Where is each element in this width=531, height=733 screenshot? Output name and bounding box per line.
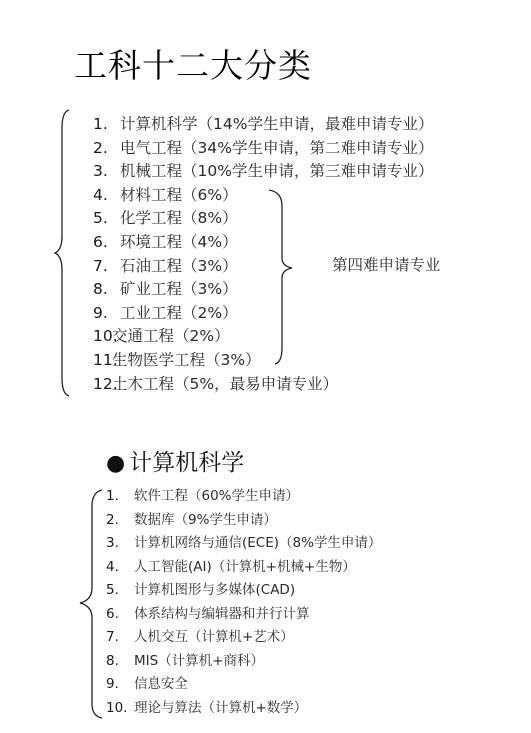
list-item: 9.工业工程（2%） (93, 302, 433, 326)
list-item: 4.材料工程（6%） (93, 184, 433, 208)
cs-subfield-list: 1.软件工程（60%学生申请） 2.数据库（9%学生申请） 3.计算机网络与通信… (106, 485, 381, 720)
list-item: 3.计算机网络与通信(ECE)（8%学生申请） (106, 532, 381, 556)
right-brace-icon (266, 188, 298, 368)
list-item: 2.数据库（9%学生申请） (106, 509, 381, 533)
list-item: 6.体系结构与编辑器和并行计算 (106, 603, 381, 627)
page-title: 工科十二大分类 (74, 44, 312, 88)
list-item: 7.人机交互（计算机+艺术） (106, 626, 381, 650)
list-item: 12.土木工程（5%，最易申请专业） (93, 373, 433, 397)
group-note: 第四难申请专业 (332, 253, 441, 275)
left-brace-icon (52, 108, 74, 398)
list-item: 1.软件工程（60%学生申请） (106, 485, 381, 509)
list-item: 10.交通工程（2%） (93, 325, 433, 349)
list-item: 11.生物医学工程（3%） (93, 349, 433, 373)
list-item: 10.理论与算法（计算机+数学） (106, 697, 381, 721)
list-item: 9.信息安全 (106, 673, 381, 697)
list-item: 3.机械工程（10%学生申请，第三难申请专业） (93, 160, 433, 184)
list-item: 1.计算机科学（14%学生申请，最难申请专业） (93, 113, 433, 137)
section-heading: ●计算机科学 (106, 446, 244, 481)
list-item: 8.MIS（计算机+商科） (106, 650, 381, 674)
list-item: 8.矿业工程（3%） (93, 278, 433, 302)
bullet-icon: ● (106, 451, 125, 476)
list-item: 5.化学工程（8%） (93, 207, 433, 231)
list-item: 5.计算机图形与多媒体(CAD) (106, 579, 381, 603)
list-item: 2.电气工程（34%学生申请，第二难申请专业） (93, 137, 433, 161)
list-item: 4.人工智能(AI)（计算机+机械+生物） (106, 556, 381, 580)
list-item: 6.环境工程（4%） (93, 231, 433, 255)
left-brace-icon (76, 488, 106, 720)
